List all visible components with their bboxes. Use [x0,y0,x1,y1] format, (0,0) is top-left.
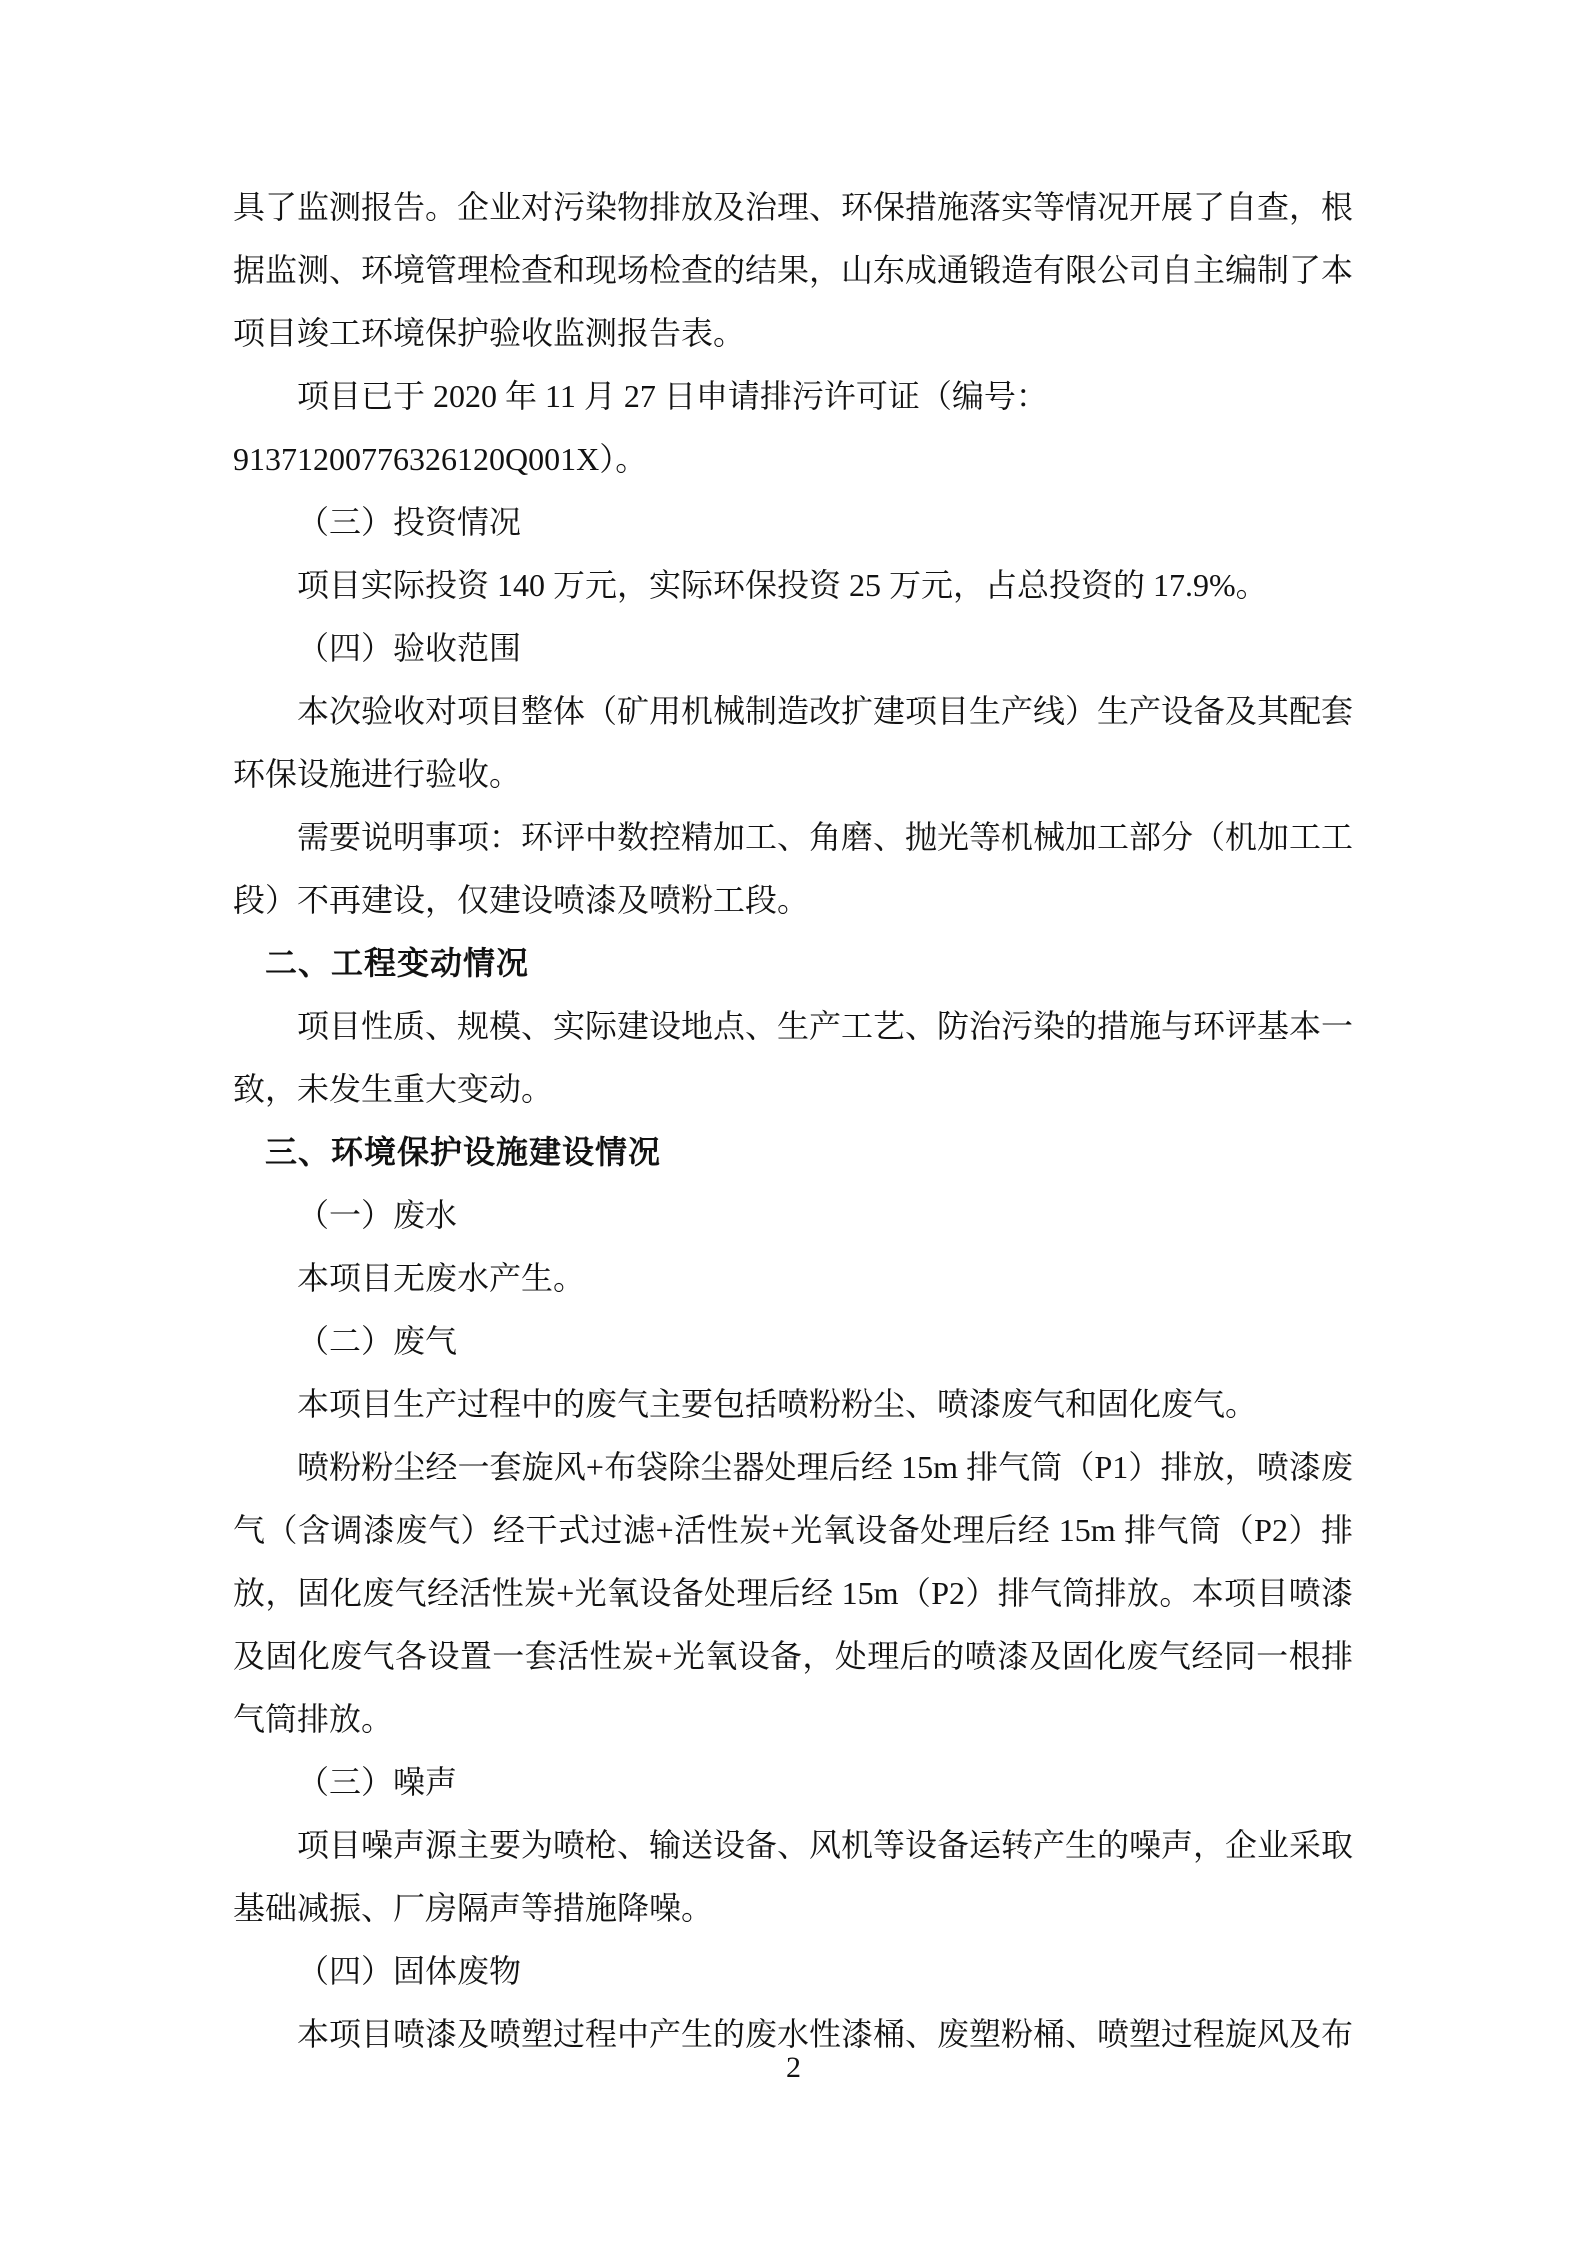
paragraph: 本项目生产过程中的废气主要包括喷粉粉尘、喷漆废气和固化废气。 [233,1373,1353,1436]
section-heading: 二、工程变动情况 [233,932,1353,995]
paragraph: 项目实际投资 140 万元，实际环保投资 25 万元，占总投资的 17.9%。 [233,554,1353,617]
paragraph: 项目性质、规模、实际建设地点、生产工艺、防治污染的措施与环评基本一致，未发生重大… [233,995,1353,1121]
document-body: 具了监测报告。企业对污染物排放及治理、环保措施落实等情况开展了自查，根据监测、环… [233,176,1353,2066]
section-heading: 三、环境保护设施建设情况 [233,1121,1353,1184]
paragraph: （四）验收范围 [233,617,1353,680]
paragraph: （三）投资情况 [233,491,1353,554]
paragraph: 项目噪声源主要为喷枪、输送设备、风机等设备运转产生的噪声，企业采取基础减振、厂房… [233,1814,1353,1940]
paragraph: 项目已于 2020 年 11 月 27 日申请排污许可证（编号： 9137120… [233,365,1353,491]
page-number: 2 [786,2051,801,2084]
paragraph: （四）固体废物 [233,1940,1353,2003]
paragraph: 具了监测报告。企业对污染物排放及治理、环保措施落实等情况开展了自查，根据监测、环… [233,176,1353,365]
paragraph: （一）废水 [233,1184,1353,1247]
paragraph: （二）废气 [233,1310,1353,1373]
document-page: 具了监测报告。企业对污染物排放及治理、环保措施落实等情况开展了自查，根据监测、环… [0,0,1587,2245]
paragraph: 本次验收对项目整体（矿用机械制造改扩建项目生产线）生产设备及其配套环保设施进行验… [233,680,1353,806]
paragraph: 喷粉粉尘经一套旋风+布袋除尘器处理后经 15m 排气筒（P1）排放，喷漆废气（含… [233,1436,1353,1751]
page-footer: 2 [0,2048,1587,2088]
paragraph: （三）噪声 [233,1751,1353,1814]
paragraph: 本项目无废水产生。 [233,1247,1353,1310]
paragraph: 需要说明事项：环评中数控精加工、角磨、抛光等机械加工部分（机加工工段）不再建设，… [233,806,1353,932]
